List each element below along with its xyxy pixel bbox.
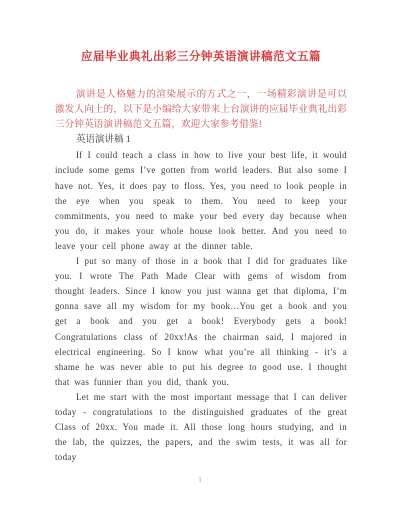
page-number: 1 — [0, 476, 400, 484]
document-body: 演讲是人格魅力的渲染展示的方式之一，一场精彩演讲是可以激发人向上的，以下是小编给… — [55, 88, 347, 462]
speech-paragraph-2: I put so many of those in a book that I … — [55, 254, 347, 390]
document-title: 应届毕业典礼出彩三分钟英语演讲稿范文五篇 — [55, 50, 347, 65]
document-page: 应届毕业典礼出彩三分钟英语演讲稿范文五篇 演讲是人格魅力的渲染展示的方式之一，一… — [0, 0, 400, 518]
speech-paragraph-3: Let me start with the most important mes… — [55, 390, 347, 462]
intro-paragraph: 演讲是人格魅力的渲染展示的方式之一，一场精彩演讲是可以激发人向上的，以下是小编给… — [55, 88, 347, 133]
speech-paragraph-1: If I could teach a class in how to live … — [55, 148, 347, 254]
section-heading: 英语演讲稿 1 — [55, 133, 347, 148]
